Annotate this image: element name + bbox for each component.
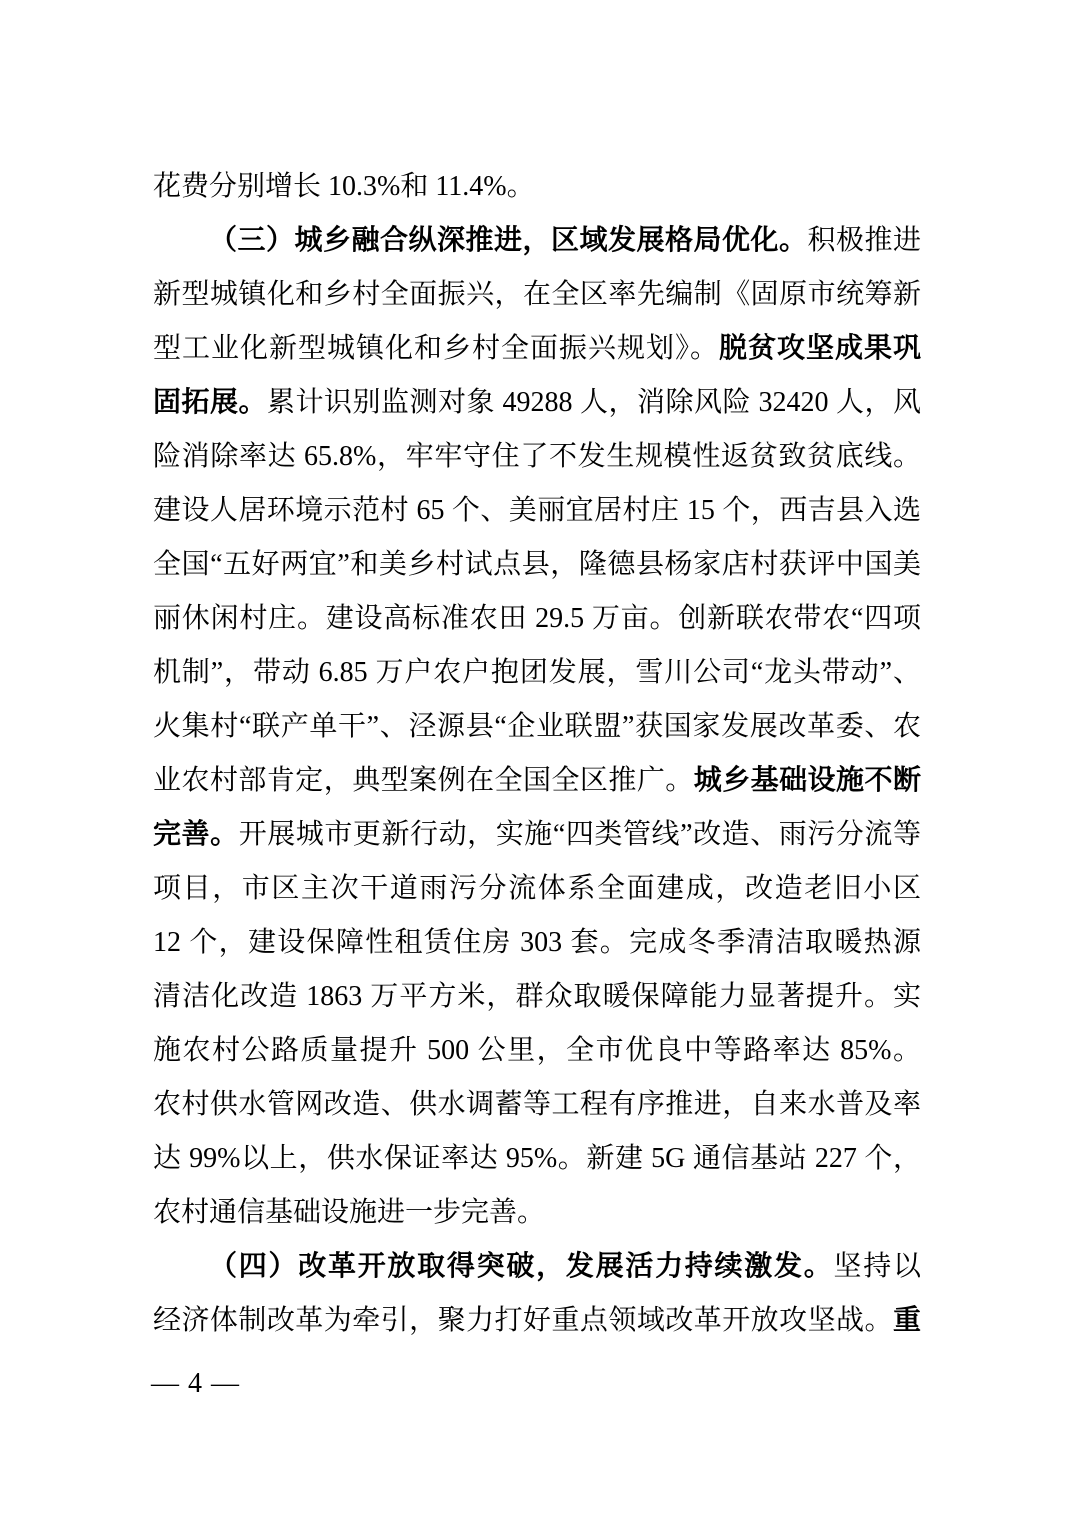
text-segment: 建设人居环境示范村 65 个、美丽宜居村庄 15 个，西吉县入选	[153, 495, 921, 526]
text-line: 建设人居环境示范村 65 个、美丽宜居村庄 15 个，西吉县入选	[153, 484, 921, 538]
text-line: 机制”，带动 6.85 万户农户抱团发展，雪川公司“龙头带动”、	[153, 646, 921, 700]
text-line: 项目，市区主次干道雨污分流体系全面建成，改造老旧小区	[153, 862, 921, 916]
text-segment: 开展城市更新行动，实施“四类管线”改造、雨污分流等	[239, 819, 921, 850]
document-text-block: 花费分别增长 10.3%和 11.4%。 （三）城乡融合纵深推进，区域发展格局优…	[153, 160, 921, 1348]
text-line: 完善。开展城市更新行动，实施“四类管线”改造、雨污分流等	[153, 808, 921, 862]
text-segment: 农村供水管网改造、供水调蓄等工程有序推进，自来水普及率	[153, 1089, 921, 1120]
text-line: 经济体制改革为牵引，聚力打好重点领域改革开放攻坚战。重	[153, 1294, 921, 1348]
text-segment: 项目，市区主次干道雨污分流体系全面建成，改造老旧小区	[153, 873, 921, 904]
section-heading-segment: （三）城乡融合纵深推进，区域发展格局优化。	[209, 225, 807, 256]
text-segment: 花费分别增长 10.3%和 11.4%。	[153, 171, 535, 202]
text-segment: 险消除率达 65.8%，牢牢守住了不发生规模性返贫致贫底线。	[153, 441, 921, 472]
text-line: 业农村部肯定，典型案例在全国全区推广。城乡基础设施不断	[153, 754, 921, 808]
text-segment: 经济体制改革为牵引，聚力打好重点领域改革开放攻坚战。	[153, 1305, 893, 1336]
text-line: 农村通信基础设施进一步完善。	[153, 1186, 921, 1240]
text-segment: 农村通信基础设施进一步完善。	[153, 1197, 545, 1228]
text-line-section-3-heading: （三）城乡融合纵深推进，区域发展格局优化。积极推进	[153, 214, 921, 268]
bold-phrase-segment: 完善。	[153, 819, 239, 850]
page-number: — 4 —	[151, 1364, 240, 1404]
text-line: 固拓展。累计识别监测对象 49288 人，消除风险 32420 人，风	[153, 376, 921, 430]
text-line: 火集村“联产单干”、泾源县“企业联盟”获国家发展改革委、农	[153, 700, 921, 754]
section-heading-segment: （四）改革开放取得突破，发展活力持续激发。	[209, 1251, 834, 1282]
text-segment: 施农村公路质量提升 500 公里，全市优良中等路率达 85%。	[153, 1035, 921, 1066]
text-segment: 清洁化改造 1863 万平方米，群众取暖保障能力显著提升。实	[153, 981, 921, 1012]
text-segment: 业农村部肯定，典型案例在全国全区推广。	[153, 765, 694, 796]
text-segment: 丽休闲村庄。建设高标准农田 29.5 万亩。创新联农带农“四项	[153, 603, 921, 634]
bold-phrase-segment: 城乡基础设施不断	[694, 765, 921, 796]
text-segment: 全国“五好两宜”和美乡村试点县，隆德县杨家店村获评中国美	[153, 549, 921, 580]
text-line: 型工业化新型城镇化和乡村全面振兴规划》。脱贫攻坚成果巩	[153, 322, 921, 376]
bold-phrase-segment: 固拓展。	[153, 387, 267, 418]
text-line: 农村供水管网改造、供水调蓄等工程有序推进，自来水普及率	[153, 1078, 921, 1132]
text-line: 12 个，建设保障性租赁住房 303 套。完成冬季清洁取暖热源	[153, 916, 921, 970]
text-line: 丽休闲村庄。建设高标准农田 29.5 万亩。创新联农带农“四项	[153, 592, 921, 646]
text-line: 施农村公路质量提升 500 公里，全市优良中等路率达 85%。	[153, 1024, 921, 1078]
text-segment: 累计识别监测对象 49288 人，消除风险 32420 人，风	[267, 387, 921, 418]
text-segment: 型工业化新型城镇化和乡村全面振兴规划》。	[153, 333, 719, 364]
text-segment: 积极推进	[807, 225, 921, 256]
text-segment: 机制”，带动 6.85 万户农户抱团发展，雪川公司“龙头带动”、	[153, 657, 921, 688]
bold-phrase-segment: 重	[893, 1305, 921, 1336]
text-line: 达 99%以上，供水保证率达 95%。新建 5G 通信基站 227 个，	[153, 1132, 921, 1186]
text-line-section-4-heading: （四）改革开放取得突破，发展活力持续激发。坚持以	[153, 1240, 921, 1294]
text-line: 新型城镇化和乡村全面振兴，在全区率先编制《固原市统筹新	[153, 268, 921, 322]
document-page: 花费分别增长 10.3%和 11.4%。 （三）城乡融合纵深推进，区域发展格局优…	[0, 0, 1074, 1520]
text-segment: 达 99%以上，供水保证率达 95%。新建 5G 通信基站 227 个，	[153, 1143, 921, 1174]
text-segment: 火集村“联产单干”、泾源县“企业联盟”获国家发展改革委、农	[153, 711, 921, 742]
text-line: 花费分别增长 10.3%和 11.4%。	[153, 160, 921, 214]
text-segment: 坚持以	[834, 1251, 921, 1282]
text-line: 全国“五好两宜”和美乡村试点县，隆德县杨家店村获评中国美	[153, 538, 921, 592]
text-line: 清洁化改造 1863 万平方米，群众取暖保障能力显著提升。实	[153, 970, 921, 1024]
bold-phrase-segment: 脱贫攻坚成果巩	[719, 333, 921, 364]
text-segment: 新型城镇化和乡村全面振兴，在全区率先编制《固原市统筹新	[153, 279, 921, 310]
text-segment: 12 个，建设保障性租赁住房 303 套。完成冬季清洁取暖热源	[153, 927, 921, 958]
text-line: 险消除率达 65.8%，牢牢守住了不发生规模性返贫致贫底线。	[153, 430, 921, 484]
